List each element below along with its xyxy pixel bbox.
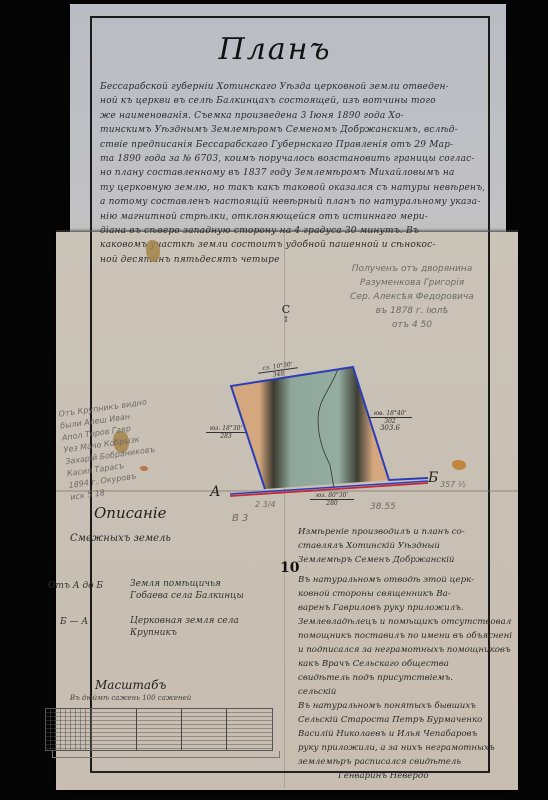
description-title: Описаніе [94, 504, 167, 522]
edge-label-south: юз. 80°30' 280 [310, 492, 354, 507]
scale-title: Масштабъ [95, 678, 166, 692]
pencil-annotation: В 3 [232, 512, 248, 526]
pencil-annotation: 38.55 [370, 500, 396, 514]
pencil-annotation: 357 ½ [440, 478, 466, 492]
description-row-text: Церковная земля села Крупникъ [130, 615, 240, 639]
point-b-label: Б [428, 470, 438, 486]
bottom-border [90, 771, 490, 773]
plot-area [231, 367, 389, 489]
survey-notes: Измѣреніе производилъ и планъ со- ставля… [298, 525, 512, 783]
description-subtitle: Смежныхъ земель [70, 533, 171, 544]
pencil-annotation: 2 3/4 [255, 498, 276, 512]
scale-bar [45, 708, 273, 751]
point-a-label: А [210, 484, 221, 500]
description-row-from: Б — А [60, 616, 120, 628]
description-row-text: Земля помѣщичья Гобаева села Балкинцы [130, 578, 250, 602]
scale-subtitle: Въ дюймѣ сажень 100 саженей [70, 694, 191, 702]
edge-label-west: юз. 18°30' 283 [206, 425, 246, 440]
page-number: 10 [280, 560, 299, 576]
description-row-from: Отъ А до Б [48, 580, 128, 592]
edge-label-east: юв. 18°40' 302 303.6 [368, 410, 412, 432]
